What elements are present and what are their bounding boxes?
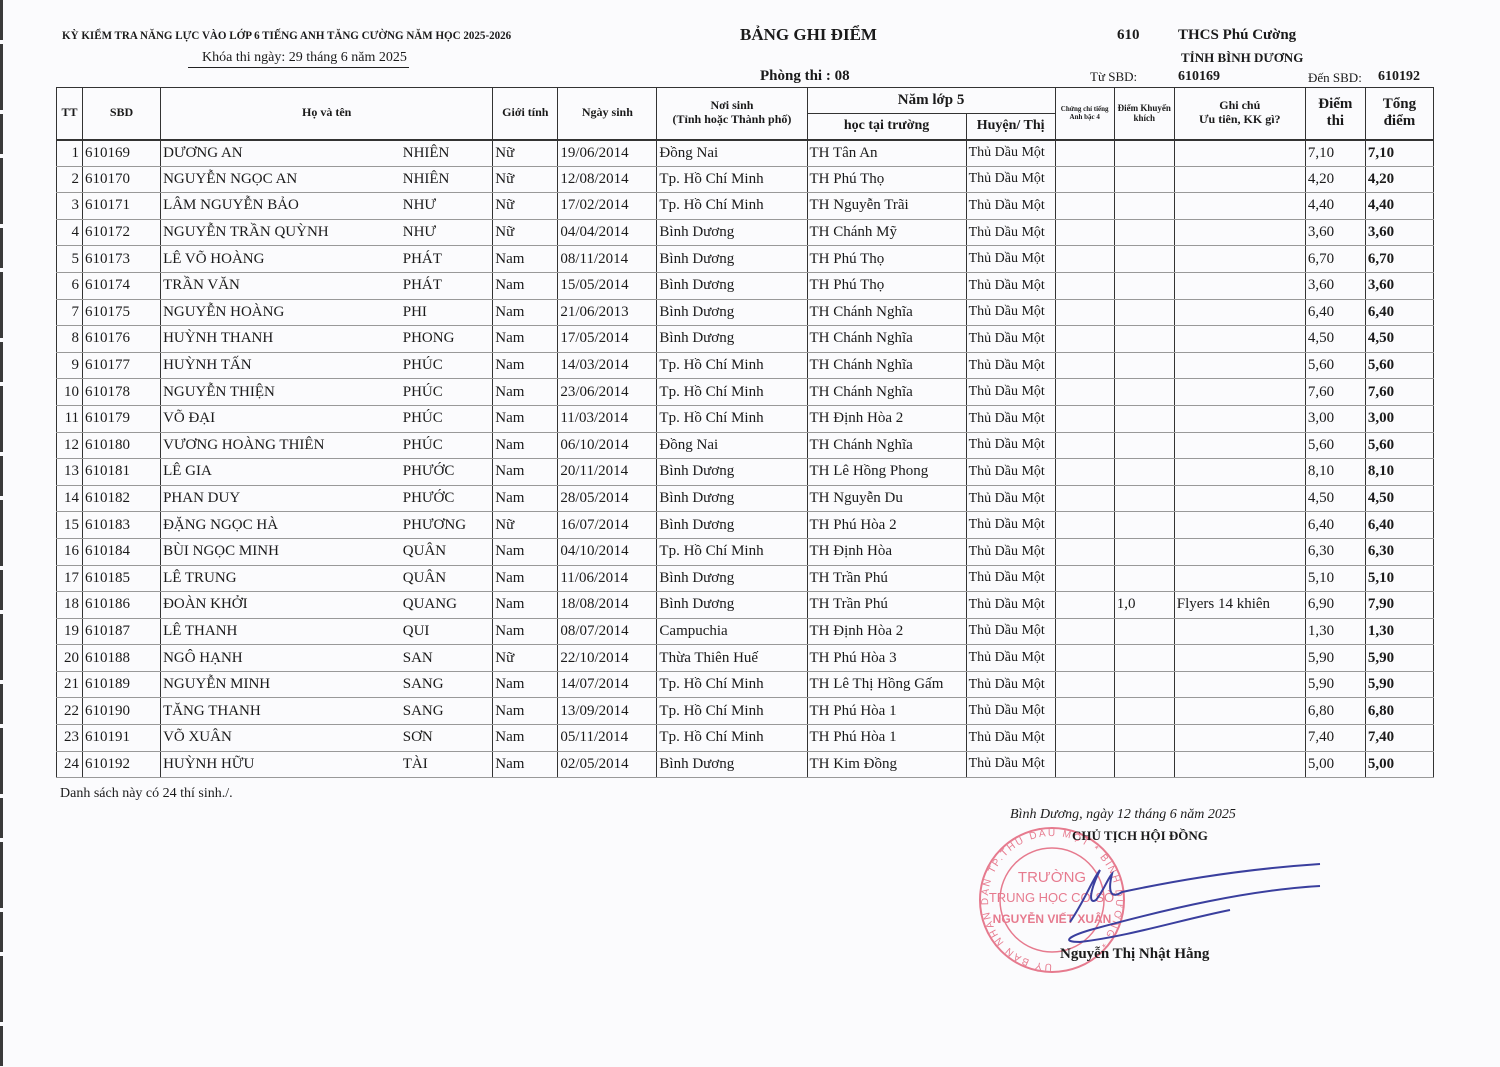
cell-school: TH Định Hòa 2 [807, 618, 966, 645]
col-birthplace: Nơi sinh (Tỉnh hoặc Thành phố) [657, 88, 807, 140]
cell-total: 6,40 [1365, 512, 1433, 539]
cell-certificate [1055, 565, 1114, 592]
cell-bonus [1114, 645, 1174, 672]
cell-last-name: PHÚC [401, 352, 493, 379]
cell-sbd: 610169 [83, 140, 161, 167]
cell-dob: 08/11/2014 [558, 246, 657, 273]
cell-note [1174, 618, 1305, 645]
cell-district: Thủ Dầu Một [966, 538, 1055, 565]
cell-bonus [1114, 326, 1174, 353]
cell-school: TH Định Hòa [807, 538, 966, 565]
cell-score: 6,40 [1305, 512, 1365, 539]
cell-gender: Nam [493, 459, 558, 486]
cell-note [1174, 140, 1305, 167]
cell-district: Thủ Dầu Một [966, 459, 1055, 486]
cell-score: 4,20 [1305, 166, 1365, 193]
cell-birthplace: Bình Dương [657, 751, 807, 778]
cell-note [1174, 725, 1305, 752]
cell-tt: 9 [57, 352, 83, 379]
table-row: 18 610186 ĐOÀN KHỞI QUANG Nam 18/08/2014… [57, 592, 1434, 619]
table-row: 3 610171 LÂM NGUYỄN BẢO NHƯ Nữ 17/02/201… [57, 193, 1434, 220]
cell-bonus [1114, 219, 1174, 246]
cell-score: 8,10 [1305, 459, 1365, 486]
cell-district: Thủ Dầu Một [966, 671, 1055, 698]
cell-certificate [1055, 405, 1114, 432]
cell-bonus [1114, 379, 1174, 406]
cell-dob: 05/11/2014 [558, 725, 657, 752]
cell-school: TH Phú Hòa 1 [807, 698, 966, 725]
cell-gender: Nam [493, 565, 558, 592]
cell-score: 6,40 [1305, 299, 1365, 326]
cell-sbd: 610171 [83, 193, 161, 220]
cell-tt: 24 [57, 751, 83, 778]
cell-total: 4,50 [1365, 485, 1433, 512]
cell-gender: Nữ [493, 219, 558, 246]
cell-birthplace: Đồng Nai [657, 432, 807, 459]
cell-note [1174, 246, 1305, 273]
cell-tt: 22 [57, 698, 83, 725]
cell-gender: Nam [493, 272, 558, 299]
cell-dob: 28/05/2014 [558, 485, 657, 512]
cell-certificate [1055, 725, 1114, 752]
to-sbd-label: Đến SBD: [1308, 70, 1362, 86]
cell-certificate [1055, 459, 1114, 486]
cell-sbd: 610181 [83, 459, 161, 486]
cell-district: Thủ Dầu Một [966, 193, 1055, 220]
cell-district: Thủ Dầu Một [966, 299, 1055, 326]
cell-birthplace: Bình Dương [657, 512, 807, 539]
cell-total: 3,60 [1365, 219, 1433, 246]
cell-gender: Nam [493, 751, 558, 778]
col-note-line1: Ghi chú [1177, 99, 1303, 113]
cell-district: Thủ Dầu Một [966, 618, 1055, 645]
cell-birthplace: Tp. Hồ Chí Minh [657, 379, 807, 406]
cell-note [1174, 193, 1305, 220]
cell-dob: 12/08/2014 [558, 166, 657, 193]
cell-birthplace: Tp. Hồ Chí Minh [657, 193, 807, 220]
cell-score: 6,90 [1305, 592, 1365, 619]
cell-score: 6,80 [1305, 698, 1365, 725]
cell-total: 5,90 [1365, 671, 1433, 698]
cell-total: 6,30 [1365, 538, 1433, 565]
cell-school: TH Chánh Nghĩa [807, 432, 966, 459]
exam-room: Phòng thi : 08 [760, 68, 850, 85]
cell-last-name: PHƯỚC [401, 485, 493, 512]
cell-last-name: PHÁT [401, 246, 493, 273]
cell-birthplace: Tp. Hồ Chí Minh [657, 671, 807, 698]
cell-birthplace: Tp. Hồ Chí Minh [657, 538, 807, 565]
cell-total: 6,40 [1365, 299, 1433, 326]
cell-last-name: QUÂN [401, 565, 493, 592]
table-row: 14 610182 PHAN DUY PHƯỚC Nam 28/05/2014 … [57, 485, 1434, 512]
cell-school: TH Chánh Mỹ [807, 219, 966, 246]
cell-given-name: LÊ VÕ HOÀNG [161, 246, 401, 273]
cell-score: 5,90 [1305, 671, 1365, 698]
cell-dob: 11/03/2014 [558, 405, 657, 432]
col-gender: Giới tính [493, 88, 558, 140]
cell-tt: 8 [57, 326, 83, 353]
cell-note [1174, 272, 1305, 299]
cell-last-name: PHÚC [401, 432, 493, 459]
cell-district: Thủ Dầu Một [966, 698, 1055, 725]
cell-dob: 08/07/2014 [558, 618, 657, 645]
cell-score: 4,40 [1305, 193, 1365, 220]
score-table: TT SBD Họ và tên Giới tính Ngày sinh Nơi… [56, 87, 1434, 778]
cell-gender: Nữ [493, 166, 558, 193]
cell-given-name: TĂNG THANH [161, 698, 401, 725]
cell-note [1174, 379, 1305, 406]
cell-given-name: HUỲNH THANH [161, 326, 401, 353]
cell-birthplace: Tp. Hồ Chí Minh [657, 166, 807, 193]
cell-birthplace: Campuchia [657, 618, 807, 645]
cell-district: Thủ Dầu Một [966, 485, 1055, 512]
cell-bonus [1114, 299, 1174, 326]
cell-certificate [1055, 485, 1114, 512]
cell-sbd: 610174 [83, 272, 161, 299]
cell-last-name: PHƯỚC [401, 459, 493, 486]
cell-given-name: HUỲNH TẤN [161, 352, 401, 379]
cell-tt: 17 [57, 565, 83, 592]
col-tt: TT [57, 88, 83, 140]
cell-total: 5,90 [1365, 645, 1433, 672]
table-row: 16 610184 BÙI NGỌC MINH QUÂN Nam 04/10/2… [57, 538, 1434, 565]
table-row: 2 610170 NGUYỄN NGỌC AN NHIÊN Nữ 12/08/2… [57, 166, 1434, 193]
cell-note [1174, 166, 1305, 193]
cell-birthplace: Bình Dương [657, 459, 807, 486]
cell-total: 7,90 [1365, 592, 1433, 619]
cell-birthplace: Tp. Hồ Chí Minh [657, 698, 807, 725]
cell-last-name: SANG [401, 698, 493, 725]
cell-note [1174, 538, 1305, 565]
cell-tt: 18 [57, 592, 83, 619]
cell-given-name: VÕ ĐẠI [161, 405, 401, 432]
cell-tt: 6 [57, 272, 83, 299]
table-row: 5 610173 LÊ VÕ HOÀNG PHÁT Nam 08/11/2014… [57, 246, 1434, 273]
cell-tt: 1 [57, 140, 83, 167]
table-row: 21 610189 NGUYỄN MINH SANG Nam 14/07/201… [57, 671, 1434, 698]
cell-bonus [1114, 140, 1174, 167]
cell-bonus [1114, 725, 1174, 752]
col-dob: Ngày sinh [558, 88, 657, 140]
cell-sbd: 610192 [83, 751, 161, 778]
cell-tt: 5 [57, 246, 83, 273]
candidate-count-note: Danh sách này có 24 thí sinh./. [60, 786, 233, 802]
cell-sbd: 610175 [83, 299, 161, 326]
cell-school: TH Phú Thọ [807, 246, 966, 273]
cell-bonus [1114, 618, 1174, 645]
cell-gender: Nam [493, 246, 558, 273]
cell-last-name: QUI [401, 618, 493, 645]
cell-dob: 20/11/2014 [558, 459, 657, 486]
cell-gender: Nam [493, 538, 558, 565]
cell-sbd: 610190 [83, 698, 161, 725]
cell-tt: 20 [57, 645, 83, 672]
cell-school: TH Trần Phú [807, 592, 966, 619]
cell-district: Thủ Dầu Một [966, 405, 1055, 432]
cell-last-name: TÀI [401, 751, 493, 778]
cell-certificate [1055, 751, 1114, 778]
cell-total: 7,10 [1365, 140, 1433, 167]
cell-last-name: SANG [401, 671, 493, 698]
cell-sbd: 610183 [83, 512, 161, 539]
cell-given-name: TRẦN VĂN [161, 272, 401, 299]
cell-certificate [1055, 671, 1114, 698]
cell-district: Thủ Dầu Một [966, 645, 1055, 672]
cell-given-name: NGUYỄN TRẦN QUỲNH [161, 219, 401, 246]
col-name: Họ và tên [161, 88, 493, 140]
col-total-line2: điểm [1368, 113, 1431, 130]
cell-tt: 10 [57, 379, 83, 406]
cell-district: Thủ Dầu Một [966, 725, 1055, 752]
cell-certificate [1055, 272, 1114, 299]
col-note: Ghi chú Ưu tiên, KK gì? [1174, 88, 1305, 140]
cell-score: 5,10 [1305, 565, 1365, 592]
cell-total: 4,50 [1365, 326, 1433, 353]
cell-given-name: BÙI NGỌC MINH [161, 538, 401, 565]
cell-total: 8,10 [1365, 459, 1433, 486]
cell-certificate [1055, 166, 1114, 193]
table-row: 15 610183 ĐẶNG NGỌC HÀ PHƯƠNG Nữ 16/07/2… [57, 512, 1434, 539]
cell-dob: 23/06/2014 [558, 379, 657, 406]
col-note-line2: Ưu tiên, KK gì? [1177, 113, 1303, 127]
cell-gender: Nam [493, 592, 558, 619]
to-sbd-value: 610192 [1378, 69, 1420, 85]
cell-school: TH Định Hòa 2 [807, 405, 966, 432]
col-certificate-line2: Anh bậc 4 [1058, 113, 1112, 121]
col-grade5-district: Huyện/ Thị [966, 114, 1055, 140]
cell-score: 7,40 [1305, 725, 1365, 752]
cell-certificate [1055, 299, 1114, 326]
cell-score: 5,00 [1305, 751, 1365, 778]
cell-total: 6,70 [1365, 246, 1433, 273]
cell-district: Thủ Dầu Một [966, 592, 1055, 619]
cell-last-name: QUÂN [401, 538, 493, 565]
cell-birthplace: Tp. Hồ Chí Minh [657, 725, 807, 752]
cell-birthplace: Bình Dương [657, 485, 807, 512]
cell-certificate [1055, 246, 1114, 273]
cell-last-name: QUANG [401, 592, 493, 619]
cell-dob: 17/05/2014 [558, 326, 657, 353]
cell-tt: 12 [57, 432, 83, 459]
cell-tt: 15 [57, 512, 83, 539]
cell-given-name: LÊ TRUNG [161, 565, 401, 592]
cell-last-name: NHIÊN [401, 140, 493, 167]
cell-score: 3,60 [1305, 219, 1365, 246]
cell-tt: 23 [57, 725, 83, 752]
cell-bonus [1114, 751, 1174, 778]
col-birthplace-line2: (Tỉnh hoặc Thành phố) [659, 113, 804, 127]
cell-birthplace: Bình Dương [657, 299, 807, 326]
cell-last-name: NHƯ [401, 219, 493, 246]
exam-date: Khóa thi ngày: 29 tháng 6 năm 2025 [188, 50, 409, 68]
table-row: 9 610177 HUỲNH TẤN PHÚC Nam 14/03/2014 T… [57, 352, 1434, 379]
document-title: BẢNG GHI ĐIỂM [740, 25, 877, 45]
cell-bonus [1114, 565, 1174, 592]
table-row: 4 610172 NGUYỄN TRẦN QUỲNH NHƯ Nữ 04/04/… [57, 219, 1434, 246]
cell-total: 5,60 [1365, 432, 1433, 459]
cell-school: TH Nguyễn Du [807, 485, 966, 512]
cell-given-name: HUỲNH HỮU [161, 751, 401, 778]
cell-dob: 13/09/2014 [558, 698, 657, 725]
table-body: 1 610169 DƯƠNG AN NHIÊN Nữ 19/06/2014 Đồ… [57, 140, 1434, 778]
cell-certificate [1055, 592, 1114, 619]
cell-gender: Nữ [493, 645, 558, 672]
cell-district: Thủ Dầu Một [966, 751, 1055, 778]
cell-note [1174, 485, 1305, 512]
cell-total: 3,00 [1365, 405, 1433, 432]
cell-sbd: 610178 [83, 379, 161, 406]
cell-given-name: LÊ GIA [161, 459, 401, 486]
cell-note [1174, 512, 1305, 539]
cell-certificate [1055, 645, 1114, 672]
cell-gender: Nam [493, 485, 558, 512]
cell-total: 7,60 [1365, 379, 1433, 406]
col-grade5-group: Năm lớp 5 [807, 88, 1055, 114]
col-score: Điểm thi [1305, 88, 1365, 140]
cell-dob: 04/04/2014 [558, 219, 657, 246]
cell-dob: 17/02/2014 [558, 193, 657, 220]
cell-certificate [1055, 618, 1114, 645]
table-row: 8 610176 HUỲNH THANH PHONG Nam 17/05/201… [57, 326, 1434, 353]
cell-total: 4,40 [1365, 193, 1433, 220]
cell-district: Thủ Dầu Một [966, 326, 1055, 353]
cell-given-name: NGUYỄN HOÀNG [161, 299, 401, 326]
cell-score: 3,60 [1305, 272, 1365, 299]
cell-tt: 19 [57, 618, 83, 645]
cell-note [1174, 565, 1305, 592]
cell-note [1174, 671, 1305, 698]
table-row: 6 610174 TRẦN VĂN PHÁT Nam 15/05/2014 Bì… [57, 272, 1434, 299]
cell-birthplace: Bình Dương [657, 592, 807, 619]
cell-school: TH Lê Hồng Phong [807, 459, 966, 486]
cell-bonus [1114, 405, 1174, 432]
cell-last-name: PHÚC [401, 405, 493, 432]
table-row: 11 610179 VÕ ĐẠI PHÚC Nam 11/03/2014 Tp.… [57, 405, 1434, 432]
cell-note [1174, 405, 1305, 432]
cell-note [1174, 698, 1305, 725]
cell-school: TH Chánh Nghĩa [807, 352, 966, 379]
cell-tt: 14 [57, 485, 83, 512]
cell-certificate [1055, 432, 1114, 459]
cell-tt: 21 [57, 671, 83, 698]
cell-gender: Nữ [493, 193, 558, 220]
cell-total: 4,20 [1365, 166, 1433, 193]
cell-certificate [1055, 326, 1114, 353]
cell-given-name: NGUYỄN MINH [161, 671, 401, 698]
cell-note [1174, 326, 1305, 353]
cell-certificate [1055, 698, 1114, 725]
province: TỈNH BÌNH DƯƠNG [1181, 50, 1303, 66]
cell-tt: 16 [57, 538, 83, 565]
cell-school: TH Phú Thọ [807, 166, 966, 193]
cell-school: TH Chánh Nghĩa [807, 379, 966, 406]
cell-score: 4,50 [1305, 326, 1365, 353]
cell-last-name: SƠN [401, 725, 493, 752]
cell-last-name: PHÁT [401, 272, 493, 299]
cell-district: Thủ Dầu Một [966, 219, 1055, 246]
cell-given-name: VƯƠNG HOÀNG THIÊN [161, 432, 401, 459]
table-row: 1 610169 DƯƠNG AN NHIÊN Nữ 19/06/2014 Đồ… [57, 140, 1434, 167]
cell-bonus [1114, 432, 1174, 459]
cell-score: 7,10 [1305, 140, 1365, 167]
cell-total: 5,00 [1365, 751, 1433, 778]
table-row: 10 610178 NGUYỄN THIỆN PHÚC Nam 23/06/20… [57, 379, 1434, 406]
cell-dob: 18/08/2014 [558, 592, 657, 619]
cell-district: Thủ Dầu Một [966, 432, 1055, 459]
cell-note [1174, 219, 1305, 246]
cell-bonus [1114, 272, 1174, 299]
cell-birthplace: Bình Dương [657, 272, 807, 299]
cell-certificate [1055, 538, 1114, 565]
cell-bonus [1114, 698, 1174, 725]
cell-sbd: 610172 [83, 219, 161, 246]
cell-sbd: 610179 [83, 405, 161, 432]
cell-score: 7,60 [1305, 379, 1365, 406]
cell-gender: Nữ [493, 140, 558, 167]
cell-last-name: PHONG [401, 326, 493, 353]
cell-total: 5,10 [1365, 565, 1433, 592]
cell-certificate [1055, 379, 1114, 406]
cell-tt: 11 [57, 405, 83, 432]
cell-last-name: NHƯ [401, 193, 493, 220]
cell-total: 5,60 [1365, 352, 1433, 379]
cell-school: TH Chánh Nghĩa [807, 299, 966, 326]
exam-title: KỲ KIỂM TRA NĂNG LỰC VÀO LỚP 6 TIẾNG ANH… [62, 28, 511, 43]
cell-given-name: NGÔ HẠNH [161, 645, 401, 672]
cell-gender: Nam [493, 405, 558, 432]
cell-score: 4,50 [1305, 485, 1365, 512]
cell-sbd: 610188 [83, 645, 161, 672]
cell-sbd: 610182 [83, 485, 161, 512]
from-sbd-value: 610169 [1178, 69, 1220, 85]
cell-gender: Nam [493, 725, 558, 752]
cell-dob: 02/05/2014 [558, 751, 657, 778]
cell-note [1174, 432, 1305, 459]
table-row: 20 610188 NGÔ HẠNH SAN Nữ 22/10/2014 Thừ… [57, 645, 1434, 672]
col-certificate-line1: Chứng chỉ tiếng [1058, 105, 1112, 113]
signing-date: Bình Dương, ngày 12 tháng 6 năm 2025 [1010, 807, 1236, 823]
cell-birthplace: Bình Dương [657, 565, 807, 592]
table-row: 13 610181 LÊ GIA PHƯỚC Nam 20/11/2014 Bì… [57, 459, 1434, 486]
cell-school: TH Phú Hòa 1 [807, 725, 966, 752]
table-row: 22 610190 TĂNG THANH SANG Nam 13/09/2014… [57, 698, 1434, 725]
cell-certificate [1055, 140, 1114, 167]
cell-sbd: 610176 [83, 326, 161, 353]
cell-bonus: 1,0 [1114, 592, 1174, 619]
cell-dob: 04/10/2014 [558, 538, 657, 565]
cell-score: 5,90 [1305, 645, 1365, 672]
cell-last-name: SAN [401, 645, 493, 672]
table-row: 12 610180 VƯƠNG HOÀNG THIÊN PHÚC Nam 06/… [57, 432, 1434, 459]
cell-bonus [1114, 166, 1174, 193]
cell-school: TH Kim Đồng [807, 751, 966, 778]
cell-gender: Nam [493, 326, 558, 353]
cell-sbd: 610186 [83, 592, 161, 619]
cell-school: TH Nguyễn Trãi [807, 193, 966, 220]
cell-tt: 2 [57, 166, 83, 193]
col-total: Tổng điểm [1365, 88, 1433, 140]
cell-gender: Nam [493, 698, 558, 725]
cell-district: Thủ Dầu Một [966, 140, 1055, 167]
cell-given-name: ĐOÀN KHỞI [161, 592, 401, 619]
cell-birthplace: Đồng Nai [657, 140, 807, 167]
cell-given-name: ĐẶNG NGỌC HÀ [161, 512, 401, 539]
cell-school: TH Phú Thọ [807, 272, 966, 299]
table-row: 19 610187 LÊ THANH QUI Nam 08/07/2014 Ca… [57, 618, 1434, 645]
cell-note [1174, 352, 1305, 379]
cell-certificate [1055, 512, 1114, 539]
cell-tt: 4 [57, 219, 83, 246]
